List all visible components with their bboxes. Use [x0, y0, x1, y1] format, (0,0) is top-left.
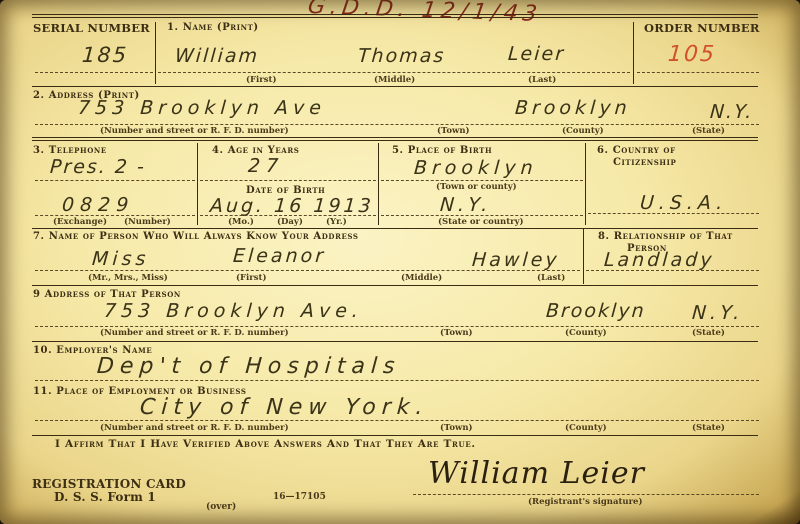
address-state-value: N.Y. — [709, 101, 754, 123]
registration-card-title: REGISTRATION CARD — [32, 477, 186, 491]
field-line — [35, 326, 759, 327]
citizenship-label-2: Citizenship — [613, 157, 676, 168]
address-county-sublabel: (County) — [562, 126, 604, 136]
date-of-birth-value: Aug. 16 1913 — [209, 195, 374, 217]
contact-address-state-value: N.Y. — [691, 302, 744, 324]
relationship-value: Landlady — [603, 249, 715, 271]
contact-address-label: 9 Address of That Person — [33, 289, 181, 300]
divider — [633, 22, 634, 84]
birthplace-state-value: N.Y. — [439, 194, 492, 216]
field-line — [35, 270, 580, 271]
contact-address-county-sublabel: (County) — [565, 328, 607, 338]
field-line — [158, 72, 630, 73]
contact-last-value: Hawley — [471, 249, 560, 271]
birthplace-town-sublabel: (Town or county) — [436, 182, 517, 192]
address-state-sublabel: (State) — [692, 126, 725, 136]
divider — [155, 22, 156, 84]
employment-state-sublabel: (State) — [692, 423, 725, 433]
field-line — [586, 270, 759, 271]
contact-address-town-sublabel: (Town) — [440, 328, 473, 338]
birthplace-town-value: Brooklyn — [413, 157, 538, 179]
name-middle-sublabel: (Middle) — [374, 75, 415, 85]
field-line — [200, 215, 376, 216]
name-last-value: Leier — [507, 43, 566, 65]
contact-address-town-value: Brooklyn — [545, 300, 646, 322]
address-street-sublabel: (Number and street or R. F. D. number) — [100, 126, 289, 136]
dob-year-sublabel: (Yr.) — [326, 217, 347, 227]
age-value: 27 — [247, 155, 285, 177]
field-line — [35, 124, 759, 125]
place-of-birth-label: 5. Place of Birth — [392, 145, 492, 156]
contact-title-value: Miss — [91, 248, 150, 270]
registration-card: G.D.D. 12/1/43 SERIAL NUMBER 1. Name (Pr… — [0, 0, 800, 524]
signature-line — [413, 494, 759, 495]
registrant-signature: William Leier — [428, 456, 645, 491]
citizenship-label: 6. Country of — [597, 145, 676, 156]
field-line — [35, 420, 759, 421]
field-line — [637, 72, 759, 73]
field-line — [200, 180, 376, 181]
contact-first-value: Eleanor — [232, 245, 327, 267]
telephone-label: 3. Telephone — [33, 145, 107, 156]
dob-month-sublabel: (Mo.) — [228, 217, 254, 227]
contact-person-label: 7. Name of Person Who Will Always Know Y… — [33, 231, 359, 242]
name-first-sublabel: (First) — [246, 75, 277, 85]
employment-place-value: City of New York. — [139, 395, 429, 420]
field-line — [381, 215, 583, 216]
contact-middle-sublabel: (Middle) — [401, 273, 442, 283]
affirmation-text: I Affirm That I Have Verified Above Answ… — [55, 438, 476, 450]
serial-number-value: 185 — [81, 43, 129, 67]
divider — [583, 229, 584, 284]
row-rule — [32, 86, 758, 87]
employment-town-sublabel: (Town) — [440, 423, 473, 433]
birthplace-state-sublabel: (State or country) — [438, 217, 524, 227]
form-id: D. S. S. Form 1 — [54, 490, 156, 504]
row-rule — [32, 341, 758, 342]
contact-title-sublabel: (Mr., Mrs., Miss) — [88, 273, 168, 283]
signature-label: (Registrant's signature) — [528, 497, 642, 507]
telephone-number-value: 0829 — [61, 194, 135, 216]
employer-value: Dep't of Hospitals — [96, 354, 401, 379]
citizenship-value: U.S.A. — [639, 192, 728, 214]
telephone-exchange-value: Pres. 2 - — [49, 156, 146, 178]
address-street-value: 753 Brooklyn Ave — [77, 97, 326, 119]
contact-address-street-value: 753 Brooklyn Ave. — [103, 300, 364, 322]
name-first-value: William — [174, 45, 260, 67]
field-line — [35, 215, 195, 216]
employment-street-sublabel: (Number and street or R. F. D. number) — [100, 423, 289, 433]
row-rule — [32, 137, 758, 141]
divider — [585, 143, 586, 225]
field-line — [588, 213, 759, 214]
field-line — [381, 180, 583, 181]
order-number-label: ORDER NUMBER — [644, 21, 760, 35]
row-rule — [32, 435, 758, 436]
divider — [378, 143, 379, 225]
dob-day-sublabel: (Day) — [277, 217, 303, 227]
telephone-number-sublabel: (Number) — [124, 217, 171, 227]
name-last-sublabel: (Last) — [528, 75, 556, 85]
telephone-exchange-sublabel: (Exchange) — [53, 217, 107, 227]
row-rule — [32, 285, 758, 286]
field-line — [35, 380, 759, 381]
divider — [197, 143, 198, 225]
name-label: 1. Name (Print) — [167, 22, 259, 33]
field-line — [35, 72, 153, 73]
top-rule — [32, 14, 758, 18]
contact-first-sublabel: (First) — [236, 273, 267, 283]
contact-last-sublabel: (Last) — [537, 273, 565, 283]
contact-address-state-sublabel: (State) — [692, 328, 725, 338]
field-line — [35, 180, 195, 181]
employment-county-sublabel: (County) — [565, 423, 607, 433]
over-note: (over) — [206, 502, 236, 512]
serial-number-label: SERIAL NUMBER — [33, 21, 150, 35]
contact-address-street-sublabel: (Number and street or R. F. D. number) — [100, 328, 289, 338]
name-middle-value: Thomas — [357, 45, 446, 67]
relationship-label: 8. Relationship of That — [598, 231, 733, 242]
form-number: 16—17105 — [273, 492, 326, 502]
address-town-sublabel: (Town) — [437, 126, 470, 136]
order-number-value: 105 — [667, 42, 717, 67]
row-rule — [32, 228, 758, 229]
address-town-value: Brooklyn — [514, 97, 631, 119]
